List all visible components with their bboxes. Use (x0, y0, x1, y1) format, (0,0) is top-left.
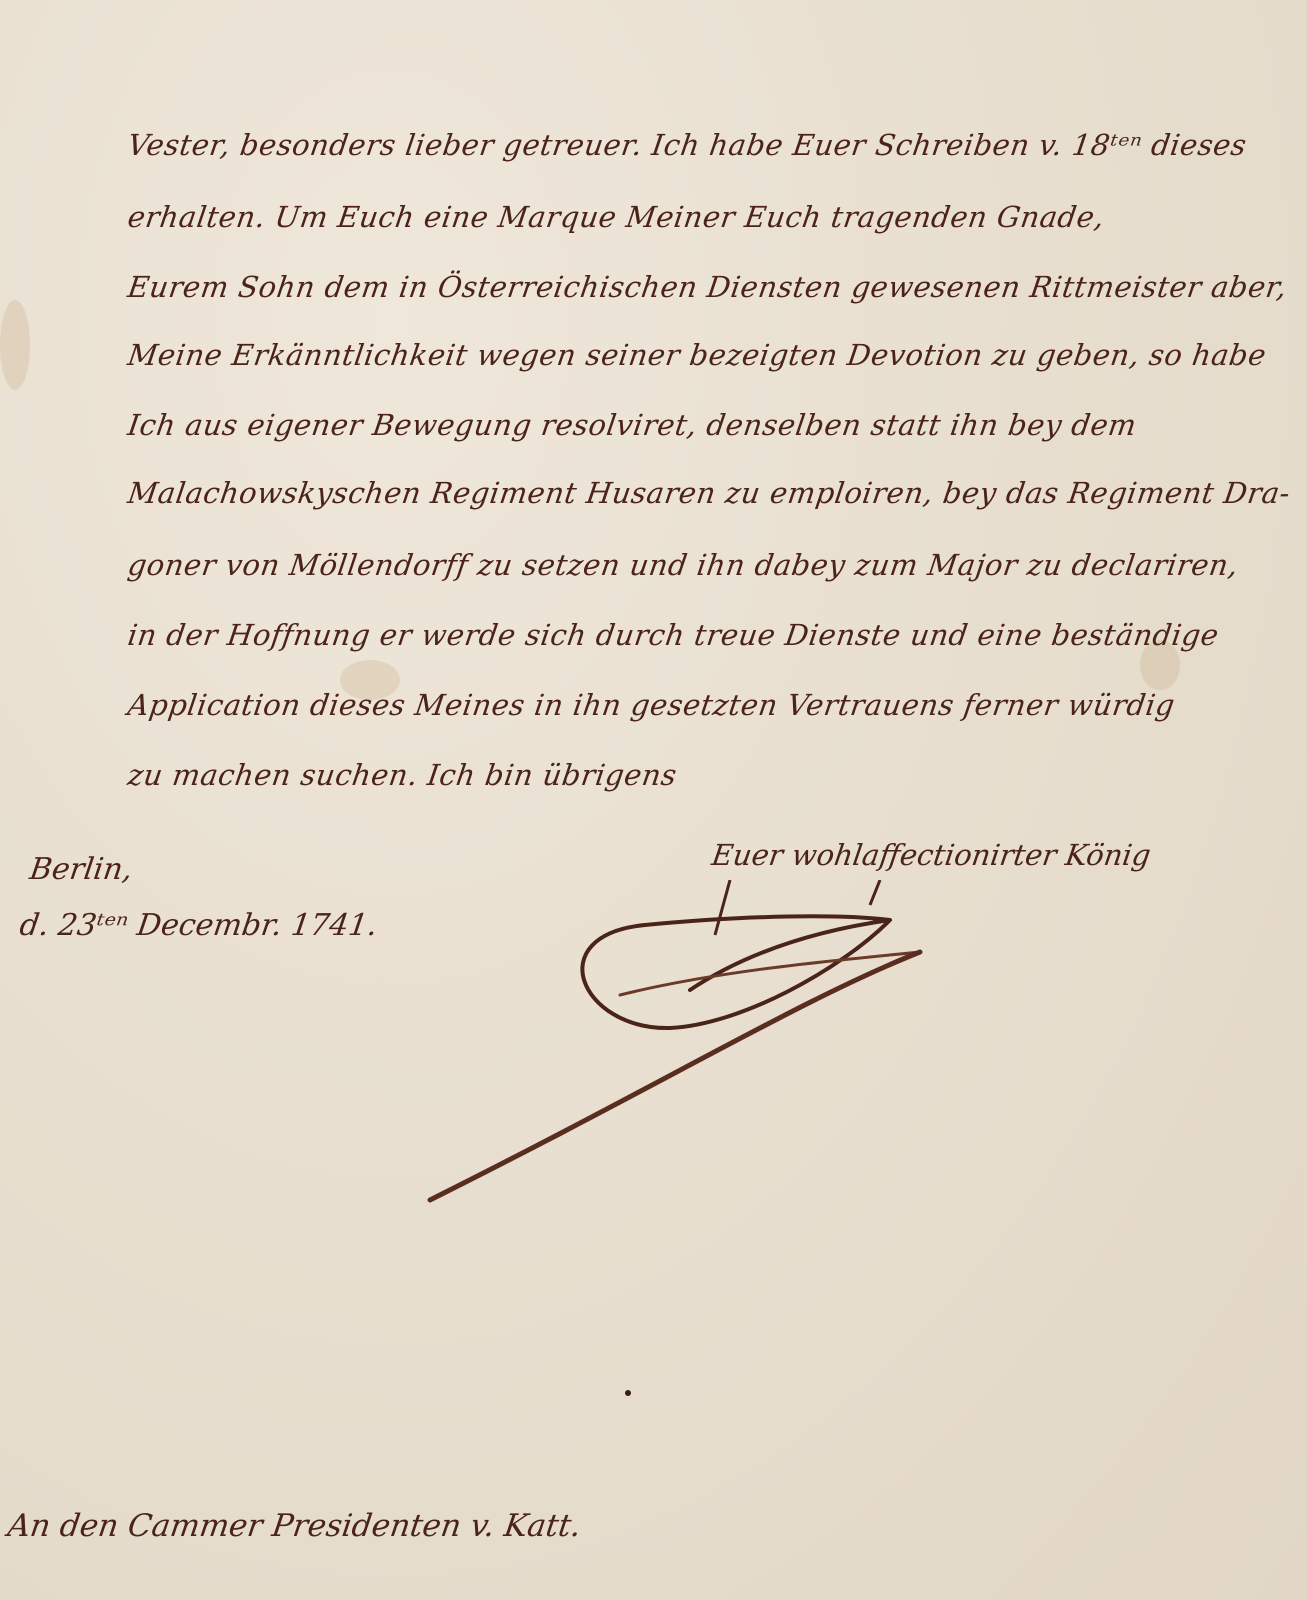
body-line: Meine Erkänntlichkeit wegen seiner bezei… (126, 338, 1269, 372)
body-line: Ich aus eigener Bewegung resolviret, den… (126, 408, 1139, 442)
closing-phrase: Euer wohlaffectionirter König (710, 838, 1153, 872)
body-line: Application dieses Meines in ihn gesetzt… (126, 688, 1178, 722)
body-line: goner von Möllendorff zu setzen und ihn … (126, 548, 1241, 582)
body-line: Malachowskyschen Regiment Husaren zu emp… (126, 476, 1293, 510)
body-line: Eurem Sohn dem in Österreichischen Diens… (126, 270, 1290, 304)
letter-page: Vester, besonders lieber getreuer. Ich h… (0, 0, 1307, 1600)
recipient-address: An den Cammer Presidenten v. Katt. (5, 1508, 583, 1544)
body-line: erhalten. Um Euch eine Marque Meiner Euc… (126, 200, 1107, 234)
body-line: Vester, besonders lieber getreuer. Ich h… (126, 128, 1249, 162)
body-line: in der Hoffnung er werde sich durch treu… (126, 618, 1221, 652)
place-line: Berlin, (28, 852, 135, 887)
ink-dot (625, 1390, 631, 1396)
edge-stain (0, 300, 30, 390)
signature-flourish-icon (420, 880, 1140, 1210)
date-line: d. 23ᵗᵉⁿ Decembr. 1741. (18, 908, 380, 943)
body-line: zu machen suchen. Ich bin übrigens (126, 758, 679, 792)
